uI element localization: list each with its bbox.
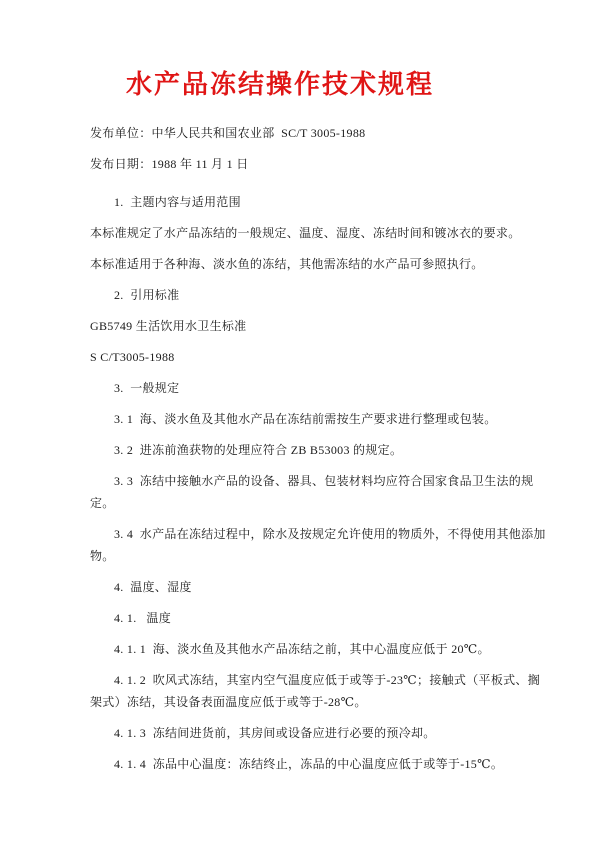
clause-3-4: 3. 4 水产品在冻结过程中，除水及按规定允许使用的物质外，不得使用其他添加 物… bbox=[90, 523, 550, 567]
publisher-line: 发布单位：中华人民共和国农业部 SC/T 3005-1988 bbox=[90, 122, 550, 144]
scope-paragraph: 本标准规定了水产品冻结的一般规定、温度、湿度、冻结时间和镀冰衣的要求。 bbox=[90, 222, 550, 244]
clause-4-1: 4. 1. 温度 bbox=[90, 607, 550, 629]
clause-4-1-2: 4. 1. 2 吹风式冻结，其室内空气温度应低于或等于-23℃；接触式（平板式、… bbox=[90, 669, 550, 713]
section-heading-3: 3. 一般规定 bbox=[90, 377, 550, 399]
clause-4-1-1: 4. 1. 1 海、淡水鱼及其他水产品冻结之前，其中心温度应低于 20℃。 bbox=[90, 638, 550, 660]
section-heading-1: 1. 主题内容与适用范围 bbox=[90, 191, 550, 213]
clause-4-1-4: 4. 1. 4 冻品中心温度：冻结终止，冻品的中心温度应低于或等于-15℃。 bbox=[90, 753, 550, 775]
clause-4-1-3: 4. 1. 3 冻结间进货前，其房间或设备应进行必要的预冷却。 bbox=[90, 722, 550, 744]
section-heading-2: 2. 引用标准 bbox=[90, 284, 550, 306]
clause-3-3: 3. 3 冻结中接触水产品的设备、器具、包装材料均应符合国家食品卫生法的规定。 bbox=[90, 470, 550, 514]
clause-3-1: 3. 1 海、淡水鱼及其他水产品在冻结前需按生产要求进行整理或包装。 bbox=[90, 408, 550, 430]
document-page: 水产品冻结操作技术规程 发布单位：中华人民共和国农业部 SC/T 3005-19… bbox=[0, 0, 600, 849]
applicability-paragraph: 本标准适用于各种海、淡水鱼的冻结，其他需冻结的水产品可参照执行。 bbox=[90, 253, 550, 275]
reference-gb5749: GB5749 生活饮用水卫生标准 bbox=[90, 315, 550, 337]
publish-date-line: 发布日期：1988 年 11 月 1 日 bbox=[90, 153, 550, 175]
clause-3-2: 3. 2 进冻前渔获物的处理应符合 ZB B53003 的规定。 bbox=[90, 439, 550, 461]
section-heading-4: 4. 温度、湿度 bbox=[90, 576, 550, 598]
reference-sct3005: S C/T3005-1988 bbox=[90, 346, 550, 368]
document-title: 水产品冻结操作技术规程 bbox=[90, 70, 510, 100]
